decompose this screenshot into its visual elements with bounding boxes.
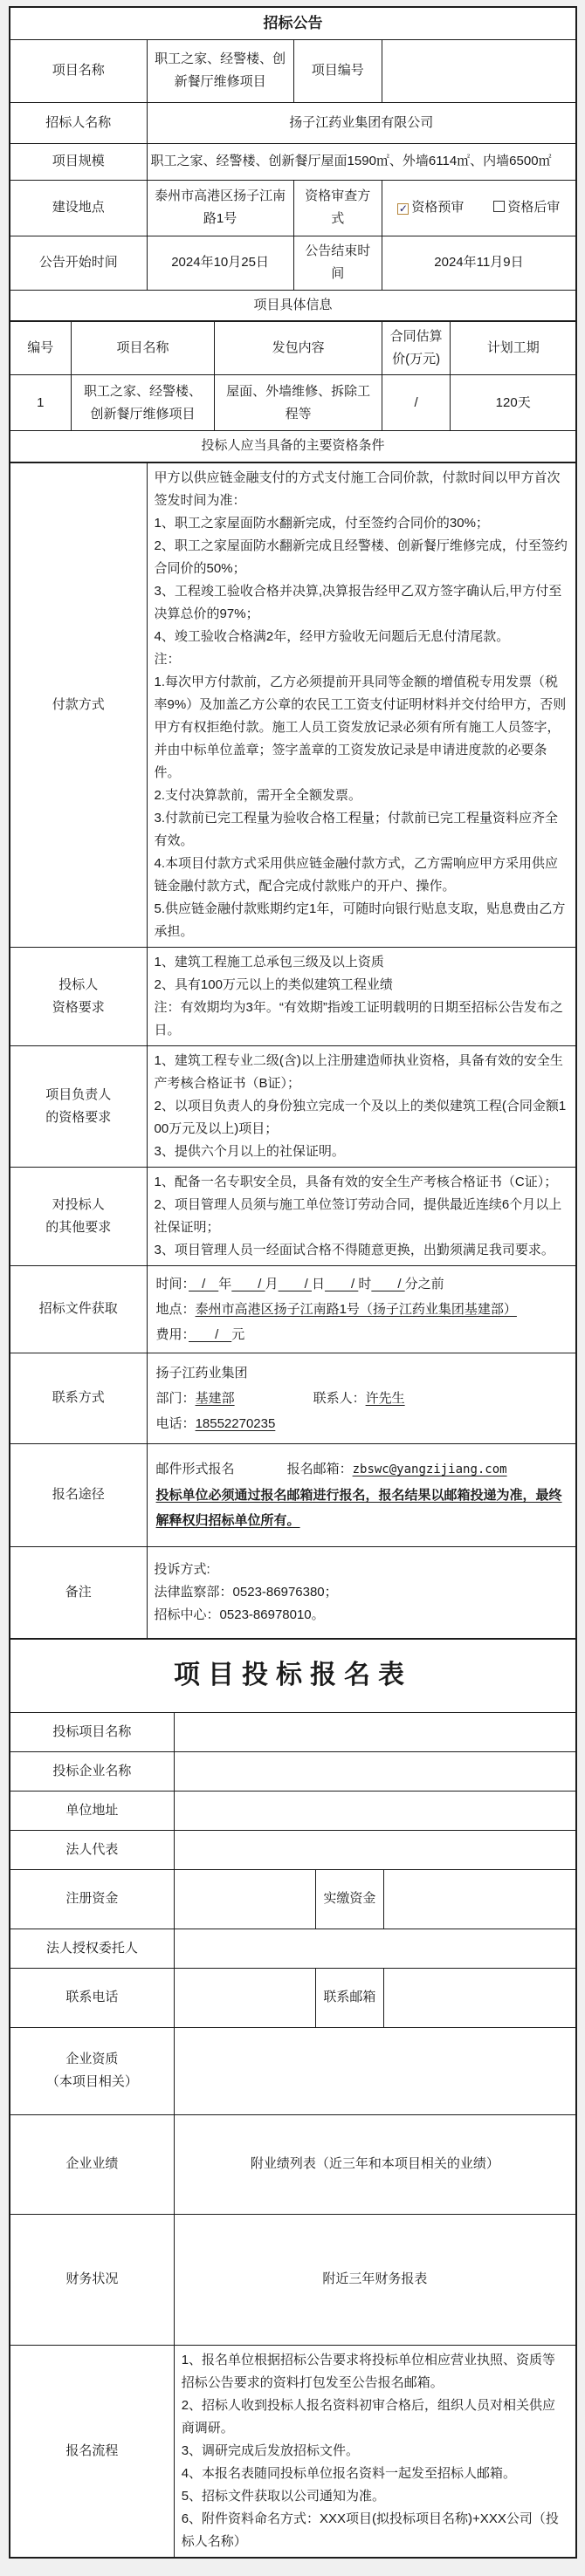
signup-performance-label: 企业业绩 bbox=[10, 2114, 174, 2214]
signup-address-value bbox=[174, 1791, 576, 1830]
requirements-table: 付款方式 甲方以供应链金融支付的方式支付施工合同价款，付款时间以甲方首次签发时间… bbox=[9, 462, 577, 1641]
start-time-value: 2024年10月25日 bbox=[147, 236, 293, 290]
remark-text: 投诉方式: 法律监察部：0523-86976380； 招标中心：0523-869… bbox=[147, 1546, 576, 1639]
signup-email-value bbox=[383, 1968, 576, 2027]
signup-company-name-label: 投标企业名称 bbox=[10, 1751, 174, 1791]
doc-acquisition-fee: 费用： / 元 bbox=[156, 1322, 567, 1347]
review-method-value: ✓资格预审资格后审 bbox=[382, 180, 576, 236]
payment-method-text: 甲方以供应链金融支付的方式支付施工合同价款，付款时间以甲方首次签发时间为准： 1… bbox=[147, 462, 576, 948]
project-detail-table: 编号 项目名称 发包内容 合同估算价(万元) 计划工期 1 职工之家、经警楼、创… bbox=[9, 320, 577, 463]
bidder-qualification-text: 1、建筑工程施工总承包三级及以上资质 2、具有100万元以上的类似建筑工程业绩 … bbox=[147, 947, 576, 1045]
pm-qualification-label: 项目负责人 的资格要求 bbox=[10, 1045, 147, 1167]
signup-qualification-value bbox=[174, 2027, 576, 2114]
signup-phone-value bbox=[174, 1968, 315, 2027]
signup-email-label: 联系邮箱 bbox=[315, 1968, 383, 2027]
bidder-qualification-label: 投标人 资格要求 bbox=[10, 947, 147, 1045]
signup-finance-value: 附近三年财务报表 bbox=[174, 2214, 576, 2345]
contact-dept-person: 部门：基建部 联系人：许先生 bbox=[156, 1386, 567, 1411]
col-header-content: 发包内容 bbox=[215, 321, 382, 375]
signup-flow-value: 1、报名单位根据招标公告要求将投标单位相应营业执照、资质等招标公告要求的资料打包… bbox=[174, 2345, 576, 2558]
announcement-info-table: 招标公告 项目名称 职工之家、经警楼、创新餐厅维修项目 项目编号 招标人名称 扬… bbox=[9, 6, 577, 322]
project-no-value bbox=[382, 39, 576, 102]
signup-form-table: 项目投标报名表 投标项目名称 投标企业名称 单位地址 法人代表 注册资金 实缴资… bbox=[9, 1638, 577, 2559]
pm-qualification-text: 1、建筑工程专业二级(含)以上注册建造师执业资格，具备有效的安全生产考核合格证书… bbox=[147, 1045, 576, 1167]
detail-row-name: 职工之家、经警楼、创新餐厅维修项目 bbox=[71, 375, 215, 431]
project-scale-value: 职工之家、经警楼、创新餐厅屋面1590㎡、外墙6114㎡、内墙6500㎡ bbox=[147, 143, 576, 180]
location-value: 泰州市高港区扬子江南路1号 bbox=[147, 180, 293, 236]
signup-form-title: 项目投标报名表 bbox=[10, 1639, 576, 1712]
col-header-no: 编号 bbox=[10, 321, 71, 375]
detail-section-header: 项目具体信息 bbox=[10, 290, 576, 321]
pre-review-checkbox-checked-icon: ✓ bbox=[397, 203, 409, 215]
review-method-label: 资格审查方式 bbox=[293, 180, 382, 236]
other-requirements-label: 对投标人 的其他要求 bbox=[10, 1167, 147, 1265]
other-requirements-text: 1、配备一名专职安全员，具备有效的安全生产考核合格证书（C证）； 2、项目管理人… bbox=[147, 1167, 576, 1265]
detail-row-content: 屋面、外墙维修、拆除工程等 bbox=[215, 375, 382, 431]
signup-paid-capital-value bbox=[383, 1869, 576, 1929]
bidder-name-label: 招标人名称 bbox=[10, 102, 147, 143]
post-review-checkbox-unchecked-icon bbox=[493, 201, 505, 212]
signup-address-label: 单位地址 bbox=[10, 1791, 174, 1830]
announcement-title: 招标公告 bbox=[10, 7, 576, 39]
signup-project-name-value bbox=[174, 1712, 576, 1751]
signup-flow-label: 报名流程 bbox=[10, 2345, 174, 2558]
detail-row-price: / bbox=[382, 375, 451, 431]
signup-reg-capital-value bbox=[174, 1869, 315, 1929]
signup-finance-label: 财务状况 bbox=[10, 2214, 174, 2345]
pre-review-label: 资格预审 bbox=[411, 200, 464, 215]
qualification-section-header: 投标人应当具备的主要资格条件 bbox=[10, 431, 576, 462]
payment-method-label: 付款方式 bbox=[10, 462, 147, 948]
col-header-duration: 计划工期 bbox=[451, 321, 576, 375]
signup-performance-value: 附业绩列表（近三年和本项目相关的业绩） bbox=[174, 2114, 576, 2214]
signup-qualification-label: 企业资质 （本项目相关） bbox=[10, 2027, 174, 2114]
signup-legal-rep-label: 法人代表 bbox=[10, 1830, 174, 1869]
contact-company: 扬子江药业集团 bbox=[156, 1360, 567, 1386]
contact-label: 联系方式 bbox=[10, 1353, 147, 1443]
end-time-label: 公告结束时间 bbox=[293, 236, 382, 290]
doc-acquisition-time: 时间： / 年 / 月 / 日 / 时 / 分之前 bbox=[156, 1271, 567, 1297]
project-name-value: 职工之家、经警楼、创新餐厅维修项目 bbox=[147, 39, 293, 102]
signup-mail-line[interactable]: 邮件形式报名 报名邮箱：zbswc@yangzijiang.com bbox=[156, 1456, 567, 1483]
project-name-label: 项目名称 bbox=[10, 39, 147, 102]
signup-emphasis-note: 投标单位必须通过报名邮箱进行报名，报名结果以邮箱投递为准，最终解释权归招标单位所… bbox=[156, 1483, 567, 1533]
location-label: 建设地点 bbox=[10, 180, 147, 236]
project-scale-label: 项目规模 bbox=[10, 143, 147, 180]
signup-agent-value bbox=[174, 1929, 576, 1968]
detail-row-no: 1 bbox=[10, 375, 71, 431]
signup-company-name-value bbox=[174, 1751, 576, 1791]
remark-label: 备注 bbox=[10, 1546, 147, 1639]
post-review-label: 资格后审 bbox=[507, 200, 560, 215]
signup-legal-rep-value bbox=[174, 1830, 576, 1869]
page: 招标公告 项目名称 职工之家、经警楼、创新餐厅维修项目 项目编号 招标人名称 扬… bbox=[0, 0, 585, 2576]
col-header-price: 合同估算价(万元) bbox=[382, 321, 451, 375]
col-header-name: 项目名称 bbox=[71, 321, 215, 375]
signup-path-label: 报名途径 bbox=[10, 1443, 147, 1546]
end-time-value: 2024年11月9日 bbox=[382, 236, 576, 290]
signup-reg-capital-label: 注册资金 bbox=[10, 1869, 174, 1929]
doc-acquisition-address: 地点：泰州市高港区扬子江南路1号（扬子江药业集团基建部） bbox=[156, 1297, 567, 1322]
doc-acquisition-label: 招标文件获取 bbox=[10, 1265, 147, 1353]
signup-paid-capital-label: 实缴资金 bbox=[315, 1869, 383, 1929]
bidder-name-value: 扬子江药业集团有限公司 bbox=[147, 102, 576, 143]
project-no-label: 项目编号 bbox=[293, 39, 382, 102]
detail-row-duration: 120天 bbox=[451, 375, 576, 431]
start-time-label: 公告开始时间 bbox=[10, 236, 147, 290]
contact-phone: 电话：18552270235 bbox=[156, 1411, 567, 1436]
signup-agent-label: 法人授权委托人 bbox=[10, 1929, 174, 1968]
signup-project-name-label: 投标项目名称 bbox=[10, 1712, 174, 1751]
signup-phone-label: 联系电话 bbox=[10, 1968, 174, 2027]
